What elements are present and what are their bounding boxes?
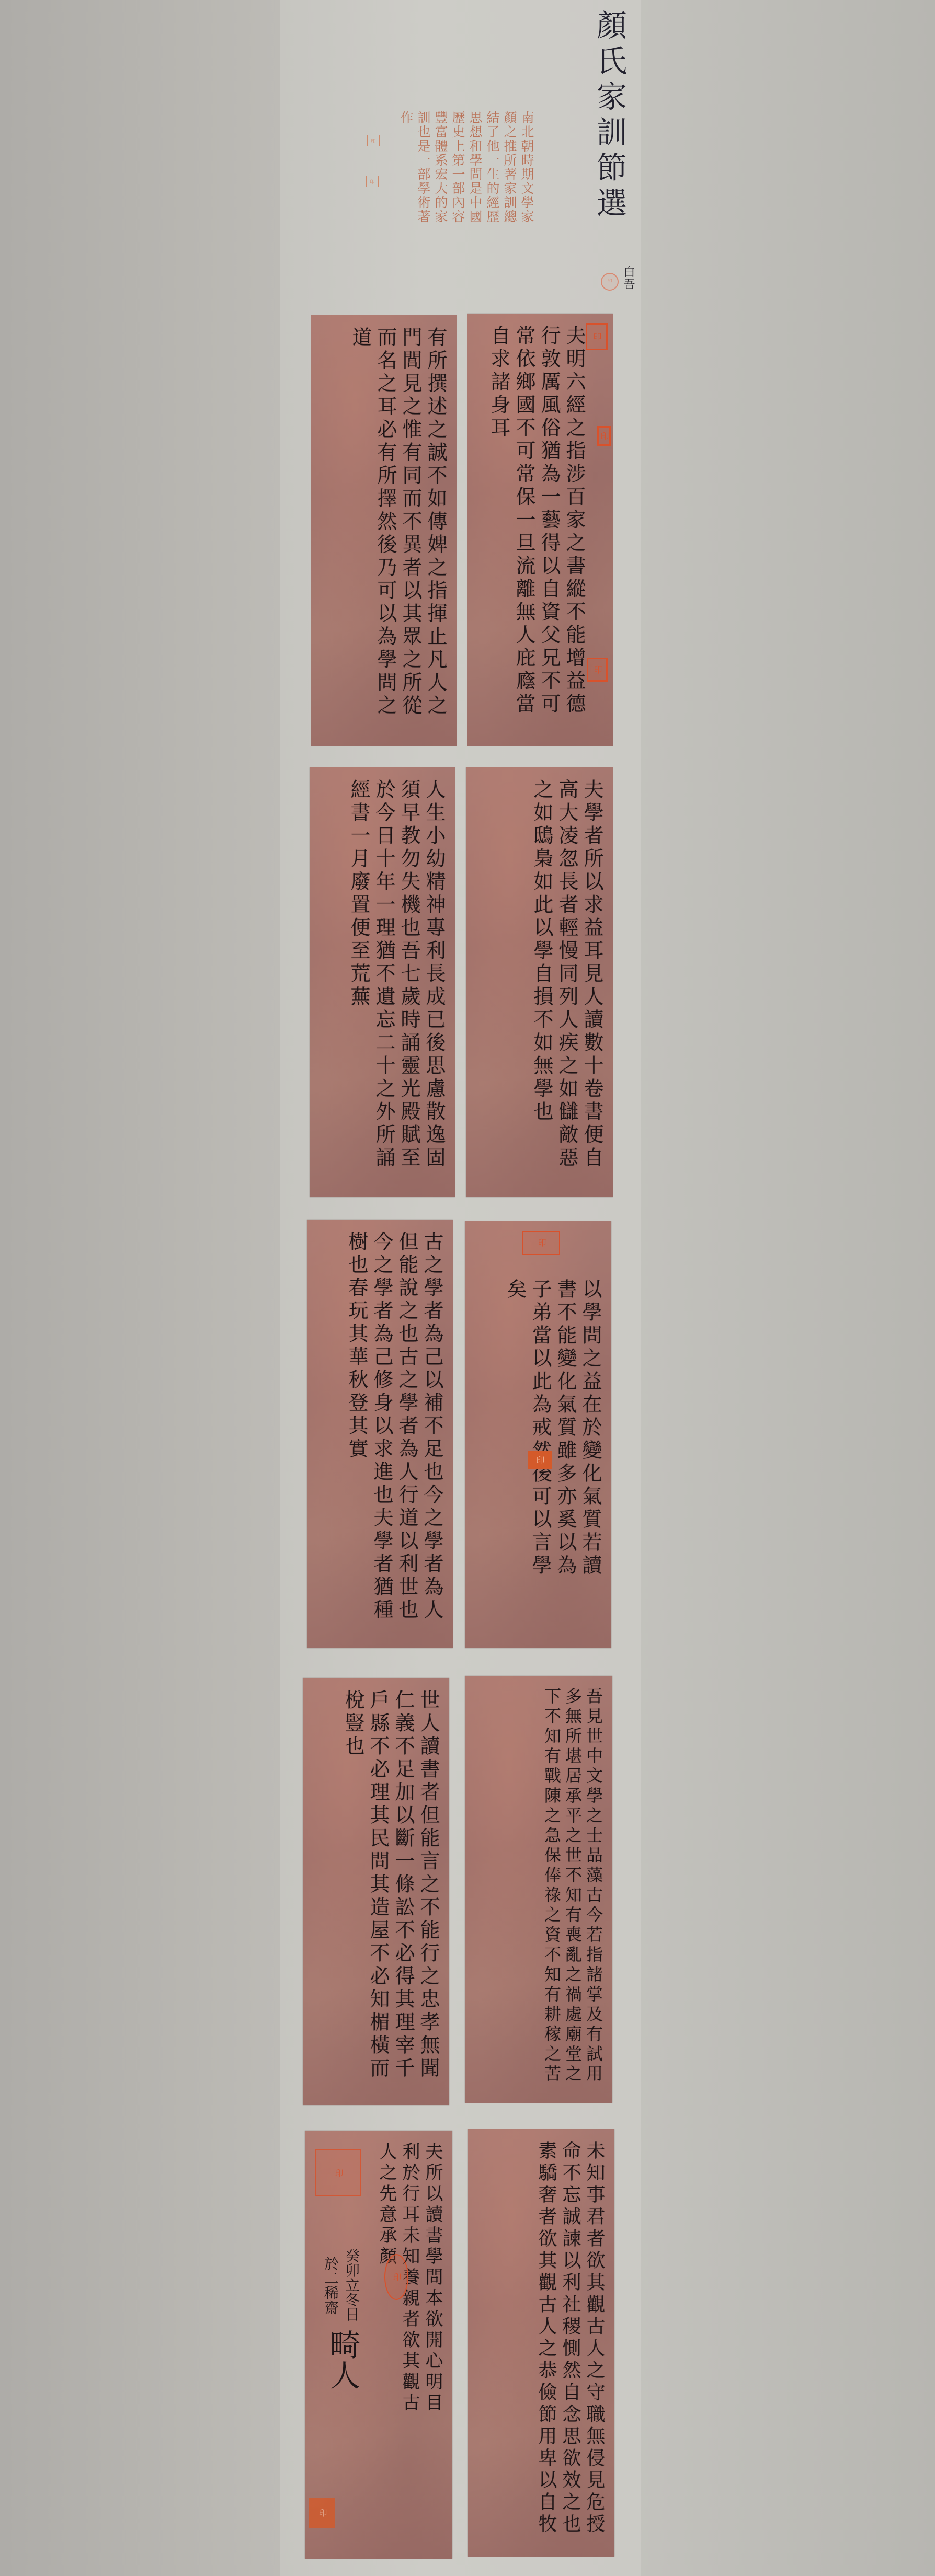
- panel-text: 世人讀書者但能言之不能行之忠孝無聞仁義不足加以斷一條訟不必得其理宰千戶縣不必理其…: [311, 1689, 441, 2094]
- panel-text: 未知事君者欲其觀古人之守職無侵見危授命不忘誠諫以利社稷惻然自念思欲效之也素驕奢者…: [476, 2141, 606, 2545]
- scroll-title: 顏氏家訓節選: [588, 9, 630, 223]
- seal-icon: 印: [309, 2498, 335, 2528]
- panel-text: 以學問之益在於變化氣質若讀書不能變化氣質雖多亦奚以為子弟當以此為戒然後可以言學矣: [473, 1279, 603, 1591]
- panel-text: 夫明六經之指涉百家之書縱不能增益德行敦厲風俗猶為一藝得以自資父兄不可常依鄉國不可…: [476, 325, 587, 734]
- colophon-artist-name: 畸人: [326, 2329, 359, 2390]
- panel-text: 夫學者所以求益耳見人讀數十卷書便自高大凌忽長者輕慢同列人疾之如讎敵惡之如鴟梟如此…: [474, 779, 605, 1186]
- inscription-seal-icon: 印: [366, 176, 379, 187]
- seal-icon: 印: [587, 658, 608, 682]
- panel-text: 吾見世中文學之士品藻古今若指諸掌及有試用多無所堪居承平之世不知有喪亂之禍處廟堂之…: [473, 1687, 604, 2091]
- seal-icon: 印: [315, 2149, 361, 2196]
- colophon-studio: 於二稀齋: [322, 2256, 339, 2315]
- calligraphy-panel-r1-right: 夫明六經之指涉百家之書縱不能增益德行敦厲風俗猶為一藝得以自資父兄不可常依鄉國不可…: [467, 314, 613, 746]
- panel-text: 古之學者為己以補不足也今之學者為人但能說之也古之學者為人行道以利世也今之學者為己…: [315, 1231, 444, 1637]
- calligraphy-panel-r3-left: 古之學者為己以補不足也今之學者為人但能說之也古之學者為人行道以利世也今之學者為己…: [307, 1220, 453, 1648]
- panel-text: 人生小幼精神專利長成已後思慮散逸固須早教勿失機也吾七歲時誦靈光殿賦至於今日十年一…: [318, 779, 447, 1186]
- panel-text: 有所撰述之誠不如傳婢之指揮止凡人之門閭見之惟有同而不異者以其眾之所從而名之耳必有…: [320, 327, 448, 734]
- seal-icon: 印: [586, 323, 608, 350]
- seal-icon: 印: [528, 1451, 552, 1469]
- seal-icon: 印: [597, 426, 611, 446]
- calligraphy-panel-r3-right: 以學問之益在於變化氣質若讀書不能變化氣質雖多亦奚以為子弟當以此為戒然後可以言學矣…: [465, 1221, 611, 1648]
- calligraphy-panel-r5-right: 未知事君者欲其觀古人之守職無侵見危授命不忘誠諫以利社稷惻然自念思欲效之也素驕奢者…: [468, 2129, 614, 2557]
- inscription-seal-icon: 印: [367, 135, 380, 146]
- calligraphy-panel-r5-left: 夫所以讀書學問本欲開心明目利於行耳未知養親者欲其觀古人之先意承顏 印 印 印 癸…: [305, 2131, 452, 2559]
- title-signature: 白吾: [620, 266, 636, 291]
- seal-icon: 印: [384, 2254, 408, 2300]
- calligraphy-panel-r2-right: 夫學者所以求益耳見人讀數十卷書便自高大凌忽長者輕慢同列人疾之如讎敵惡之如鴟梟如此…: [466, 767, 613, 1197]
- calligraphy-panel-r4-left: 世人讀書者但能言之不能行之忠孝無聞仁義不足加以斷一條訟不必得其理宰千戶縣不必理其…: [303, 1678, 449, 2105]
- title-seal-icon: 印: [601, 273, 619, 291]
- calligraphy-panel-r4-right: 吾見世中文學之士品藻古今若指諸掌及有試用多無所堪居承平之世不知有喪亂之禍處廟堂之…: [465, 1676, 612, 2103]
- calligraphy-panel-r2-left: 人生小幼精神專利長成已後思慮散逸固須早教勿失機也吾七歲時誦靈光殿賦至於今日十年一…: [310, 767, 455, 1197]
- inscription-text: 南北朝時期文學家顏之推所著家訓總結了他一生的經歷思想和學問是中國歷史上第一部內容…: [384, 111, 535, 231]
- colophon-date: 癸卯立冬日: [343, 2248, 360, 2321]
- seal-icon: 印: [522, 1230, 560, 1255]
- calligraphy-panel-r1-left: 有所撰述之誠不如傳婢之指揮止凡人之門閭見之惟有同而不異者以其眾之所從而名之耳必有…: [311, 315, 457, 746]
